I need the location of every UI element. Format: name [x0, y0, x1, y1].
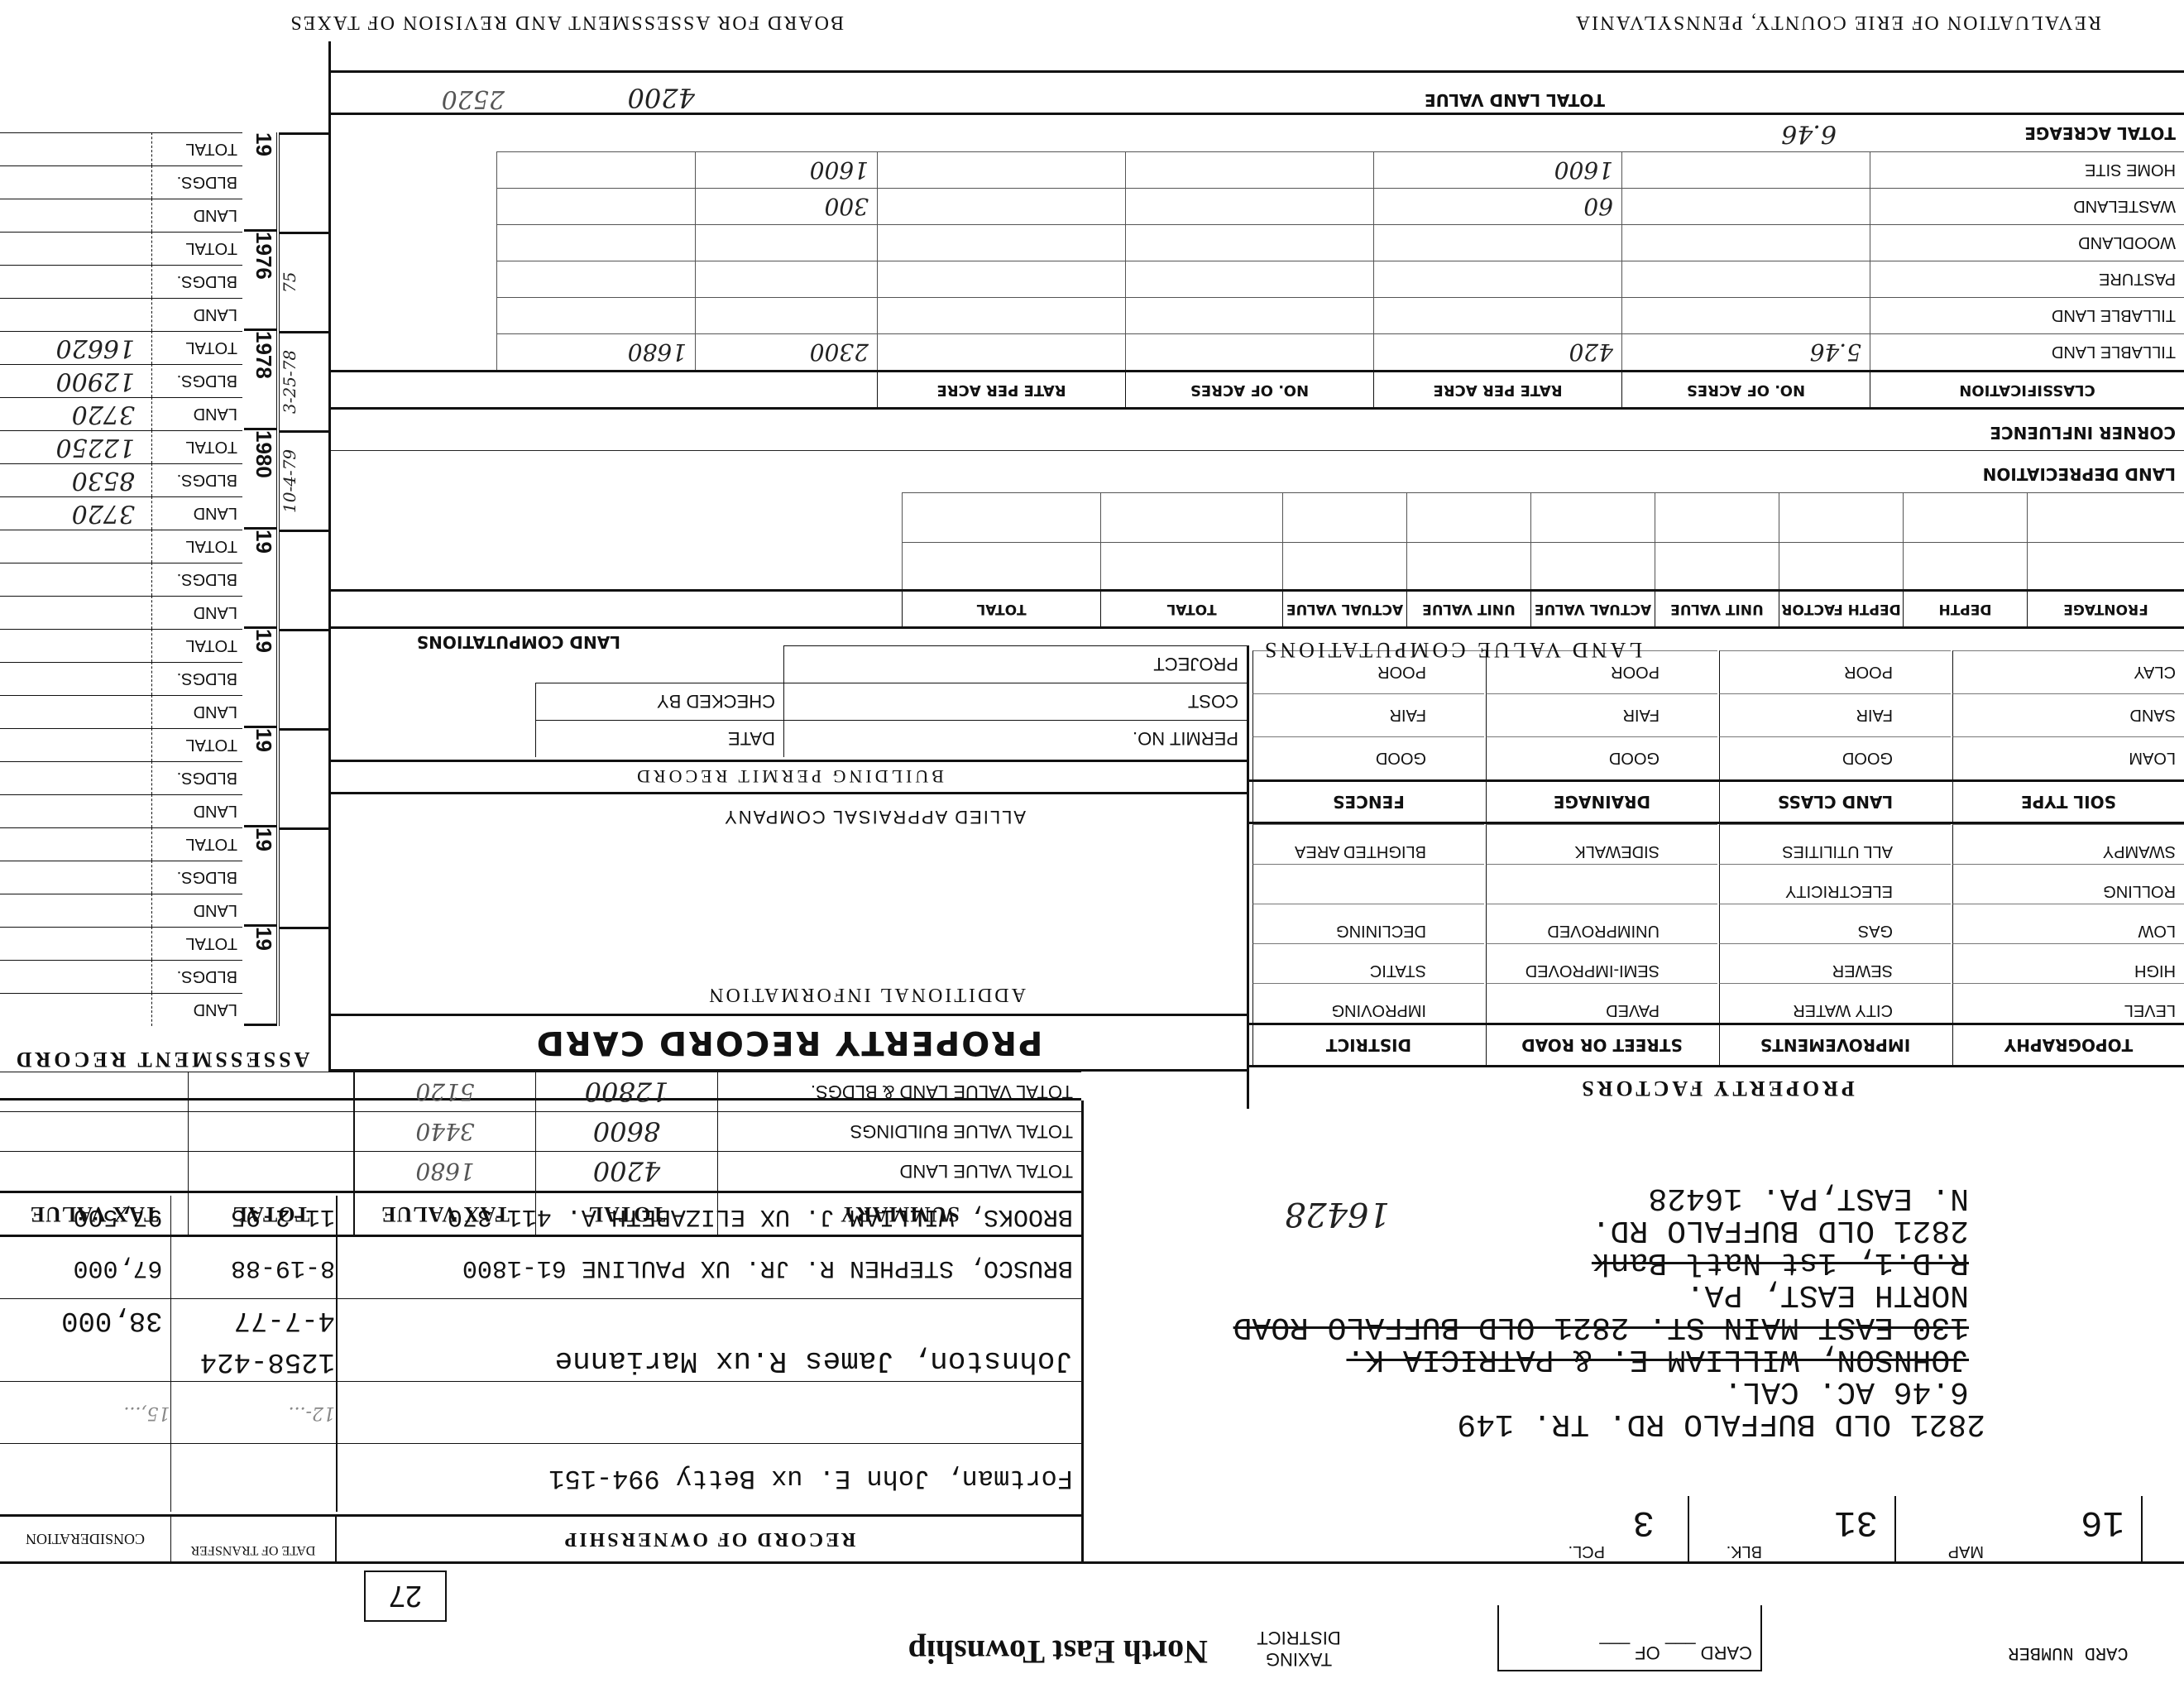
assessment-note	[279, 927, 328, 1026]
assessment-note	[279, 728, 328, 827]
pcl-value: 3	[1633, 1501, 1655, 1542]
factor-option[interactable]: LEVEL	[1952, 983, 2184, 1023]
address-block: 2821 OLD BUFFALO RD. TR. 149 6.46 AC. CA…	[1092, 1182, 1985, 1440]
address-line: 2821 OLD BUFFALO RD. TR. 149	[1092, 1407, 1985, 1440]
classification-cell[interactable]	[1621, 224, 1870, 261]
assessment-title: ASSESSMENT RECORD	[0, 1047, 323, 1072]
classification-cell[interactable]	[877, 333, 1125, 370]
classification-cell[interactable]	[877, 261, 1125, 297]
classification-label: PASTURE	[1870, 261, 2184, 297]
classification-cell[interactable]	[496, 188, 695, 224]
table-row: 12-... 15,...	[0, 1382, 1081, 1444]
assessment-row-label: TOTAL	[151, 827, 242, 861]
assessment-note: 75	[279, 232, 328, 331]
classification-header: RATE PER ACRE	[1373, 372, 1621, 407]
table-row: Fortman, John E. ux Betty 994-151	[0, 1444, 1081, 1512]
summary-total: 8600	[535, 1111, 717, 1151]
box-number: 27	[364, 1571, 447, 1622]
land-cell[interactable]	[1655, 542, 1779, 592]
property-factors: PROPERTY FACTORS TOPOGRAPHYLEVELHIGHLOWR…	[1249, 637, 2184, 1109]
factor-header: SOIL TYPE	[1952, 782, 2184, 822]
factor-option[interactable]: GOOD	[1252, 736, 1484, 779]
classification-cell[interactable]	[496, 297, 695, 333]
land-cell[interactable]	[1779, 542, 1903, 592]
permit-field[interactable]: PROJECT	[783, 645, 1247, 683]
land-column-header: DEPTH	[1903, 592, 2027, 626]
assessment-value[interactable]: 8530	[0, 463, 151, 496]
classification-cell[interactable]	[877, 188, 1125, 224]
corner-influence-label: CORNER INFLUENCE	[1990, 423, 2176, 443]
factor-option[interactable]: HIGH	[1952, 943, 2184, 983]
assessment-value[interactable]	[0, 132, 151, 165]
classification-cell[interactable]	[1125, 151, 1373, 188]
assessment-value[interactable]	[0, 761, 151, 794]
factor-header: DRAINAGE	[1486, 782, 1717, 822]
classification-cell[interactable]: 420	[1373, 333, 1621, 370]
factor-option[interactable]: FAIR	[1486, 693, 1717, 736]
address-line: 6.46 AC. CAL.	[1092, 1375, 1985, 1407]
address-line: N. EAST,PA. 16428	[1092, 1182, 1985, 1214]
assessment-value[interactable]	[0, 265, 151, 298]
classification-cell[interactable]	[695, 261, 877, 297]
factor-option[interactable]: DECLINING	[1252, 904, 1484, 943]
assessment-row-label: LAND	[151, 397, 242, 430]
land-cell[interactable]	[1530, 492, 1655, 542]
summary-row-label: TOTAL VALUE LAND & BLDGS.	[717, 1072, 1081, 1111]
assessment-row-label: BLDGS.	[151, 563, 242, 596]
total-acreage-label: TOTAL ACREAGE	[2024, 115, 2176, 151]
classification-cell[interactable]: 5.46	[1621, 333, 1870, 370]
assessment-value[interactable]: 16620	[0, 331, 151, 364]
factor-header: LAND CLASS	[1719, 782, 1951, 822]
assessment-row-label: TOTAL	[151, 331, 242, 364]
permit-field[interactable]: PERMIT NO.	[783, 720, 1247, 757]
assessment-year: 19	[244, 827, 277, 927]
assessment-note: 3-25-78	[279, 331, 328, 430]
classification-cell[interactable]	[1125, 261, 1373, 297]
assessment-value[interactable]	[0, 629, 151, 662]
assessment-note: 10-4-79	[279, 430, 328, 530]
assessment-year: 19	[244, 132, 277, 232]
land-cell[interactable]	[1903, 542, 2027, 592]
assessment-value[interactable]	[0, 861, 151, 894]
classification-cell[interactable]	[877, 224, 1125, 261]
assessment-year: 1980	[244, 430, 277, 530]
classification-label: HOME SITE	[1870, 151, 2184, 188]
blk-field: BLK. 31	[1688, 1496, 1894, 1564]
assessment-row-label: TOTAL	[151, 232, 242, 265]
classification-cell[interactable]: 2300	[695, 333, 877, 370]
assessment-value[interactable]	[0, 199, 151, 232]
assessment-note	[279, 132, 328, 232]
assessment-row-label: TOTAL	[151, 530, 242, 563]
table-row: Johnston, James R.ux Marianne 1258-424	[0, 1340, 1081, 1382]
classification-cell[interactable]	[695, 224, 877, 261]
land-column-header: ACTUAL VALUE	[1282, 592, 1406, 626]
assessment-row-label: LAND	[151, 199, 242, 232]
classification-cell[interactable]	[695, 297, 877, 333]
ownership-table: Fortman, John E. ux Betty 994-151 12-...…	[0, 1196, 1081, 1512]
summary-table: SUMMARY TOTAL TAX VALUE TOTAL TAX VALUE …	[0, 1072, 1081, 1237]
taxing-district-value: North East Township	[908, 1633, 1208, 1671]
factor-option[interactable]: GOOD	[1719, 736, 1951, 779]
factor-option[interactable]: ROLLING	[1952, 864, 2184, 904]
permit-field[interactable]: COST	[783, 683, 1247, 720]
assessment-row-label: TOTAL	[151, 629, 242, 662]
summary-tax-value: 3440	[353, 1111, 535, 1151]
assessment-value[interactable]: 3720	[0, 496, 151, 530]
blk-value: 31	[1834, 1501, 1878, 1542]
assessment-year: 1976	[244, 232, 277, 331]
assessment-row-label: BLDGS.	[151, 364, 242, 397]
assessment-row-label: TOTAL	[151, 430, 242, 463]
classification-cell[interactable]	[1125, 297, 1373, 333]
factor-header: TOPOGRAPHY	[1952, 1025, 2184, 1065]
map-field: MAP 16	[1894, 1496, 2143, 1564]
land-cell[interactable]	[1903, 492, 2027, 542]
land-depreciation-label: LAND DEPRECIATION	[1983, 464, 2176, 484]
assessment-year: 19	[244, 728, 277, 827]
handwritten-zip: 16428	[1285, 1195, 1390, 1233]
total-land-value: 4200	[628, 82, 695, 113]
land-cell[interactable]	[902, 492, 1100, 542]
card-of-box: CARD ___ OF ___	[1497, 1605, 1762, 1671]
classification-cell[interactable]	[1373, 297, 1621, 333]
factor-option[interactable]: LOW	[1952, 904, 2184, 943]
assessment-value[interactable]	[0, 794, 151, 827]
factor-option[interactable]: ELECTRICITY	[1719, 864, 1951, 904]
summary-total: 4200	[535, 1151, 717, 1191]
factor-option[interactable]	[1252, 864, 1484, 904]
assessment-row-label: LAND	[151, 993, 242, 1026]
land-cell[interactable]	[1100, 542, 1282, 592]
classification-cell[interactable]	[496, 224, 695, 261]
assessment-row-label: LAND	[151, 695, 242, 728]
assessment-value[interactable]: 12900	[0, 364, 151, 397]
land-cell[interactable]	[2027, 492, 2184, 542]
assessment-value[interactable]	[0, 662, 151, 695]
classification-label: TILLABLE LAND	[1870, 333, 2184, 370]
land-cell[interactable]	[2027, 542, 2184, 592]
assessment-year: 19	[244, 530, 277, 629]
address-line: 2821 OLD BUFFALO RD.	[1092, 1214, 1985, 1246]
land-cell[interactable]	[1530, 542, 1655, 592]
classification-cell[interactable]	[1125, 188, 1373, 224]
classification-header: NO. OF ACRES	[1621, 372, 1870, 407]
assessment-row-label: BLDGS.	[151, 165, 242, 199]
summary-title: SUMMARY	[717, 1193, 1081, 1235]
assessment-value[interactable]	[0, 993, 151, 1026]
land-cell[interactable]	[1406, 542, 1530, 592]
map-label: MAP	[1948, 1542, 1984, 1561]
land-column-header: UNIT VALUE	[1655, 592, 1779, 626]
assessment-year: 1978	[244, 331, 277, 430]
classification-cell[interactable]: 1600	[695, 151, 877, 188]
total-land-value-tax: 2520	[442, 84, 505, 113]
summary-tax-value: 1680	[353, 1151, 535, 1191]
classification-cell[interactable]	[1125, 224, 1373, 261]
land-computations-label: LAND COMPUTATIONS	[417, 632, 620, 652]
additional-info-label: ADDITIONAL INFORMATION	[706, 983, 1026, 1005]
factor-option[interactable]: UNIMPROVED	[1486, 904, 1717, 943]
factor-header: STREET OR ROAD	[1486, 1025, 1717, 1065]
assessment-note	[279, 530, 328, 629]
permit-title: BUILDING PERMIT RECORD	[331, 760, 1247, 794]
classification-header: RATE PER ACRE	[877, 372, 1125, 407]
classification-header: NO. OF ACRES	[1125, 372, 1373, 407]
summary-tax-value: 5120	[353, 1072, 535, 1111]
land-column-header: FRONTAGE	[2027, 592, 2184, 626]
classification-cell[interactable]	[1621, 188, 1870, 224]
assessment-value[interactable]	[0, 298, 151, 331]
blk-label: BLK.	[1727, 1542, 1762, 1561]
assessment-row-label: BLDGS.	[151, 265, 242, 298]
address-line-struck: R.D.1, 1st Natl Bank	[1092, 1246, 1985, 1278]
classification-cell[interactable]	[1621, 261, 1870, 297]
map-value: 16	[2081, 1501, 2124, 1542]
assessment-value[interactable]	[0, 596, 151, 629]
total-acreage-value: 6.46	[1781, 115, 1837, 151]
classification-cell[interactable]	[1621, 151, 1870, 188]
land-column-header: ACTUAL VALUE	[1530, 592, 1655, 626]
classification-cell[interactable]	[496, 151, 695, 188]
assessment-row-label: BLDGS.	[151, 463, 242, 496]
pcl-label: PCL.	[1569, 1542, 1605, 1561]
classification-cell[interactable]: 1680	[496, 333, 695, 370]
classification-cell[interactable]: 1600	[1373, 151, 1621, 188]
land-cell[interactable]	[1655, 492, 1779, 542]
pcl-field: PCL. 3	[1340, 1496, 1688, 1564]
land-cell[interactable]	[1100, 492, 1282, 542]
land-column-header: TOTAL	[902, 592, 1100, 626]
assessment-value[interactable]	[0, 728, 151, 761]
factor-option[interactable]: GOOD	[1486, 736, 1717, 779]
assessment-value[interactable]	[0, 827, 151, 861]
permit-field[interactable]: DATE	[535, 720, 783, 757]
assessment-value[interactable]	[0, 960, 151, 993]
revaluation-title: REVALUATION OF ERIE COUNTY, PENNSYLVANIA	[1574, 11, 2101, 33]
card-of-label: CARD ___ OF ___	[1499, 1635, 1760, 1670]
classification-label: WOODLAND	[1870, 224, 2184, 261]
assessment-value[interactable]	[0, 165, 151, 199]
classification-cell[interactable]	[496, 261, 695, 297]
property-factors-title: PROPERTY FACTORS	[1249, 1067, 2184, 1109]
assessment-note	[279, 827, 328, 927]
assessment-value[interactable]	[0, 894, 151, 927]
factor-option[interactable]: IMPROVING	[1252, 983, 1484, 1023]
factor-option[interactable]: PAVED	[1486, 983, 1717, 1023]
table-row: BRUSCO, STEPHEN R. JR. UX PAULINE 61-180…	[0, 1237, 1081, 1299]
factor-header: IMPROVEMENTS	[1719, 1025, 1951, 1065]
classification-cell[interactable]	[877, 297, 1125, 333]
land-cell[interactable]	[1779, 492, 1903, 542]
land-cell[interactable]	[1406, 492, 1530, 542]
land-cell[interactable]	[902, 542, 1100, 592]
assessment-row-label: LAND	[151, 298, 242, 331]
permit-field[interactable]: CHECKED BY	[535, 683, 783, 720]
consideration-label: CONSIDERATION	[0, 1514, 171, 1564]
classification-cell[interactable]: 300	[695, 188, 877, 224]
assessment-row-label: BLDGS.	[151, 761, 242, 794]
classification-label: WASTELAND	[1870, 188, 2184, 224]
classification-header: CLASSIFICATION	[1870, 372, 2184, 407]
table-row: 4-7-77 38,000	[0, 1299, 1081, 1340]
date-of-transfer-label: DATE OF TRANSFER	[171, 1514, 337, 1564]
address-line-struck: JOHNSON, WILLIAM E. & PATRICIA K.	[1092, 1343, 1985, 1375]
factor-option[interactable]	[1486, 864, 1717, 904]
assessment-row-label: LAND	[151, 596, 242, 629]
land-column-header: UNIT VALUE	[1406, 592, 1530, 626]
assessment-year: 19	[244, 927, 277, 1026]
summary-row-label: TOTAL VALUE LAND	[717, 1151, 1081, 1191]
factor-option[interactable]: GAS	[1719, 904, 1951, 943]
assessment-row-label: LAND	[151, 496, 242, 530]
factor-option[interactable]: SWAMPY	[1952, 824, 2184, 864]
assessment-value[interactable]	[0, 695, 151, 728]
assessment-row-label: BLDGS.	[151, 861, 242, 894]
assessment-value[interactable]	[0, 927, 151, 960]
land-cell[interactable]	[1282, 492, 1406, 542]
classification-cell[interactable]	[1125, 333, 1373, 370]
board-title: BOARD FOR ASSESSMENT AND REVISION OF TAX…	[289, 11, 844, 33]
assessment-value[interactable]: 3720	[0, 397, 151, 430]
assessment-row-label: TOTAL	[151, 132, 242, 165]
assessment-value[interactable]	[0, 530, 151, 563]
ownership-title: RECORD OF OWNERSHIP	[337, 1514, 1081, 1564]
assessment-row-label: TOTAL	[151, 927, 242, 960]
assessment-row-label: TOTAL	[151, 728, 242, 761]
assessment-value[interactable]: 12250	[0, 430, 151, 463]
factor-option[interactable]: SIDEWALK	[1486, 824, 1717, 864]
address-line: NORTH EAST, PA.	[1092, 1278, 1985, 1311]
assessment-row-label: LAND	[151, 794, 242, 827]
factor-option[interactable]: SEWER	[1719, 943, 1951, 983]
factor-option[interactable]: ALL UTILITIES	[1719, 824, 1951, 864]
factor-header: FENCES	[1252, 782, 1484, 822]
property-record-card-title: PROPERTY RECORD CARD	[331, 1014, 1247, 1072]
classification-cell[interactable]	[1621, 297, 1870, 333]
factor-option[interactable]: FAIR	[1252, 693, 1484, 736]
land-column-header: TOTAL	[1100, 592, 1282, 626]
factor-option[interactable]: SAND	[1952, 693, 2184, 736]
factor-option[interactable]: BLIGHTED AREA	[1252, 824, 1484, 864]
assessment-row-label: LAND	[151, 894, 242, 927]
classification-cell[interactable]	[1373, 261, 1621, 297]
total-land-value-label: TOTAL LAND VALUE	[1425, 90, 1605, 110]
factor-header: DISTRICT	[1252, 1025, 1484, 1065]
taxing-district-label: TAXING DISTRICT	[1241, 1627, 1357, 1670]
assessment-note	[279, 629, 328, 728]
company-label: ALLIED APPRAISAL COMPANY	[723, 806, 1026, 827]
summary-total: 12800	[535, 1072, 717, 1111]
classification-label: TILLABLE LAND	[1870, 297, 2184, 333]
assessment-row-label: BLDGS.	[151, 662, 242, 695]
classification-cell[interactable]: 60	[1373, 188, 1621, 224]
summary-row-label: TOTAL VALUE BUILDINGS	[717, 1111, 1081, 1151]
factor-option[interactable]: FAIR	[1719, 693, 1951, 736]
card-number-label: CARD NUMBER	[2002, 1642, 2134, 1663]
land-cell[interactable]	[1282, 542, 1406, 592]
classification-cell[interactable]	[1373, 224, 1621, 261]
property-record-card: CARD NUMBER CARD ___ OF ___ TAXING DISTR…	[0, 0, 2184, 1688]
factor-option[interactable]: STATIC	[1252, 943, 1484, 983]
factor-option[interactable]: SEMI-IMPROVED	[1486, 943, 1717, 983]
assessment-row-label: BLDGS.	[151, 960, 242, 993]
assessment-value[interactable]	[0, 563, 151, 596]
assessment-year: 19	[244, 629, 277, 728]
factor-option[interactable]: LOAM	[1952, 736, 2184, 779]
classification-cell[interactable]	[877, 151, 1125, 188]
land-column-header: DEPTH FACTOR	[1779, 592, 1903, 626]
factor-option[interactable]: CITY WATER	[1719, 983, 1951, 1023]
address-line-struck: 130 EAST MAIN ST. 2821 OLD BUFFALO ROAD	[1092, 1311, 1985, 1343]
assessment-value[interactable]	[0, 232, 151, 265]
